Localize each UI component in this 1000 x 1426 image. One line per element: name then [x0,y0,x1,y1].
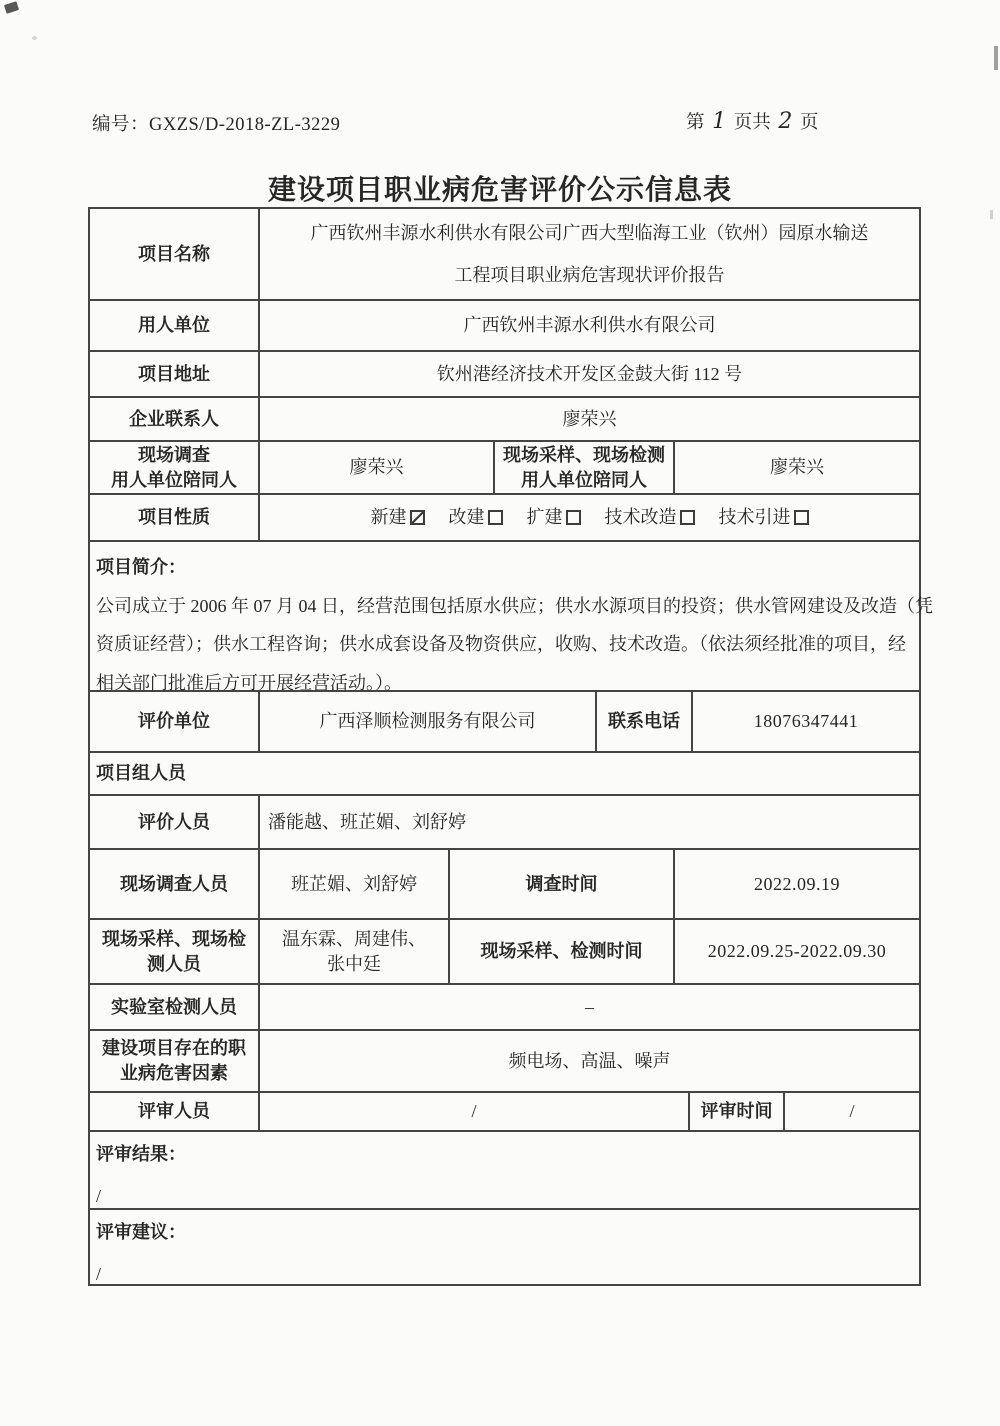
survey-staff-value: 班芷媚、刘舒婷 [258,850,448,918]
review-advice: 评审建议： / [90,1210,919,1284]
table-row-employer: 用人单位 广西钦州丰源水利供水有限公司 [90,299,919,350]
table-row-escort: 现场调查 用人单位陪同人 廖荣兴 现场采样、现场检测 用人单位陪同人 廖荣兴 [90,440,919,493]
sampling-time-label: 现场采样、检测时间 [448,920,673,983]
scan-artifact [4,1,19,14]
table-row-sampling-staff: 现场采样、现场检 测人员 温东霖、周建伟、 张中廷 现场采样、检测时间 2022… [90,918,919,983]
contact-label: 企业联系人 [90,398,258,440]
hazards-label: 建设项目存在的职 业病危害因素 [90,1031,258,1091]
table-row-team-header: 项目组人员 [90,751,919,794]
survey-time-label: 调查时间 [448,850,673,918]
sampling-escort-label: 现场采样、现场检测 用人单位陪同人 [493,442,673,493]
scan-artifact [994,46,998,70]
employer-label: 用人单位 [90,301,258,350]
scan-artifact [990,210,993,219]
page-prefix: 第 [686,113,705,133]
survey-escort-value: 廖荣兴 [258,442,493,493]
employer-value: 广西钦州丰源水利供水有限公司 [258,301,919,350]
lab-staff-value: – [258,985,919,1029]
hazards-label-line2: 业病危害因素 [120,1061,228,1086]
project-profile-line2: 资质证经营）；供水工程咨询；供水成套设备及物资供应，收购、技术改造。（依法须经批… [96,625,933,664]
project-nature-label: 项目性质 [90,495,258,540]
page-current-handwritten: 1 [709,109,729,134]
table-row-address: 项目地址 钦州港经济技术开发区金鼓大街 112 号 [90,350,919,396]
lab-staff-label: 实验室检测人员 [90,985,258,1029]
nature-options: 新建 改建 扩建 技术改造 [371,504,809,530]
address-label: 项目地址 [90,352,258,396]
info-table: 项目名称 广西钦州丰源水利供水有限公司广西大型临海工业（钦州）园原水输送 工程项… [88,207,921,1286]
phone-value: 18076347441 [691,692,919,751]
review-time-label: 评审时间 [688,1093,783,1130]
project-nature-value: 新建 改建 扩建 技术改造 [258,495,919,540]
sampling-staff-label-line1: 现场采样、现场检 [102,927,246,952]
sampling-staff-label-line2: 测人员 [147,952,201,977]
table-row-lab-staff: 实验室检测人员 – [90,983,919,1029]
option-tech-import: 技术引进 [719,504,809,530]
project-profile-line1: 公司成立于 2006 年 07 月 04 日，经营范围包括原水供应；供水水源项目… [96,587,933,626]
option-tech-upgrade: 技术改造 [605,504,695,530]
project-name-label: 项目名称 [90,209,258,299]
checkbox-new-checked-icon [410,510,425,525]
project-name-line2: 工程项目职业病危害现状评价报告 [455,254,725,296]
review-staff-value: / [258,1093,688,1130]
project-profile-heading: 项目简介： [96,548,933,587]
checkbox-tech-import-icon [794,510,809,525]
survey-staff-label: 现场调查人员 [90,850,258,918]
scanned-document-page: 编号：GXZS/D-2018-ZL-3229 第 1 页共 2 页 建设项目职业… [0,0,1000,1426]
table-row-project-name: 项目名称 广西钦州丰源水利供水有限公司广西大型临海工业（钦州）园原水输送 工程项… [90,209,919,299]
review-result-heading: 评审结果： [96,1141,919,1167]
checkbox-expand-icon [566,510,581,525]
table-row-project-nature: 项目性质 新建 改建 扩建 技术改造 [90,493,919,540]
table-row-evaluator-org: 评价单位 广西泽顺检测服务有限公司 联系电话 18076347441 [90,690,919,751]
table-row-review-result: 评审结果： / [90,1130,919,1208]
sampling-escort-label-line1: 现场采样、现场检测 [503,443,665,468]
review-result-value: / [96,1183,919,1209]
team-header: 项目组人员 [90,753,919,794]
project-profile: 项目简介： 公司成立于 2006 年 07 月 04 日，经营范围包括原水供应；… [90,542,943,690]
review-advice-value: / [96,1261,919,1287]
sampling-staff-label: 现场采样、现场检 测人员 [90,920,258,983]
sampling-escort-value: 廖荣兴 [673,442,919,493]
doc-number: 编号：GXZS/D-2018-ZL-3229 [92,110,340,136]
evaluator-org-value: 广西泽顺检测服务有限公司 [258,692,595,751]
option-expand: 扩建 [527,504,581,530]
sampling-staff-value-line1: 温东霖、周建伟、 [282,927,426,952]
address-value: 钦州港经济技术开发区金鼓大街 112 号 [258,352,919,396]
table-row-contact: 企业联系人 廖荣兴 [90,396,919,440]
table-row-evaluators: 评价人员 潘能越、班芷媚、刘舒婷 [90,794,919,848]
contact-value: 廖荣兴 [258,398,919,440]
option-new-label: 新建 [371,504,407,530]
hazards-label-line1: 建设项目存在的职 [102,1036,246,1061]
survey-escort-label: 现场调查 用人单位陪同人 [90,442,258,493]
sampling-staff-value-line2: 张中廷 [327,952,381,977]
hazards-value: 频电场、高温、噪声 [258,1031,919,1091]
option-rebuild-label: 改建 [449,504,485,530]
project-name-line1: 广西钦州丰源水利供水有限公司广西大型临海工业（钦州）园原水输送 [311,212,869,254]
project-name-value: 广西钦州丰源水利供水有限公司广西大型临海工业（钦州）园原水输送 工程项目职业病危… [258,209,919,299]
evaluator-org-label: 评价单位 [90,692,258,751]
review-time-value: / [783,1093,919,1130]
review-staff-label: 评审人员 [90,1093,258,1130]
review-advice-heading: 评审建议： [96,1219,919,1245]
evaluators-label: 评价人员 [90,796,258,848]
table-row-review-staff: 评审人员 / 评审时间 / [90,1091,919,1130]
sampling-escort-label-line2: 用人单位陪同人 [521,468,647,493]
page-middle: 页共 [734,113,771,133]
sampling-time-value: 2022.09.25-2022.09.30 [673,920,919,983]
evaluators-value: 潘能越、班芷媚、刘舒婷 [258,796,919,848]
option-new: 新建 [371,504,425,530]
page-total-handwritten: 2 [775,109,795,134]
table-row-project-profile: 项目简介： 公司成立于 2006 年 07 月 04 日，经营范围包括原水供应；… [90,540,919,690]
checkbox-rebuild-icon [488,510,503,525]
survey-escort-label-line2: 用人单位陪同人 [111,468,237,493]
checkbox-tech-upgrade-icon [680,510,695,525]
scan-artifact [32,36,37,40]
sampling-staff-value: 温东霖、周建伟、 张中廷 [258,920,448,983]
page-title: 建设项目职业病危害评价公示信息表 [0,168,1000,208]
option-tech-upgrade-label: 技术改造 [605,504,677,530]
option-rebuild: 改建 [449,504,503,530]
table-row-hazards: 建设项目存在的职 业病危害因素 频电场、高温、噪声 [90,1029,919,1091]
table-row-survey-staff: 现场调查人员 班芷媚、刘舒婷 调查时间 2022.09.19 [90,848,919,918]
survey-escort-label-line1: 现场调查 [138,443,210,468]
option-tech-import-label: 技术引进 [719,504,791,530]
page-number-info: 第 1 页共 2 页 [686,108,819,134]
survey-time-value: 2022.09.19 [673,850,919,918]
page-suffix: 页 [800,113,819,133]
phone-label: 联系电话 [595,692,691,751]
review-result: 评审结果： / [90,1132,919,1208]
option-expand-label: 扩建 [527,504,563,530]
table-row-review-advice: 评审建议： / [90,1208,919,1284]
